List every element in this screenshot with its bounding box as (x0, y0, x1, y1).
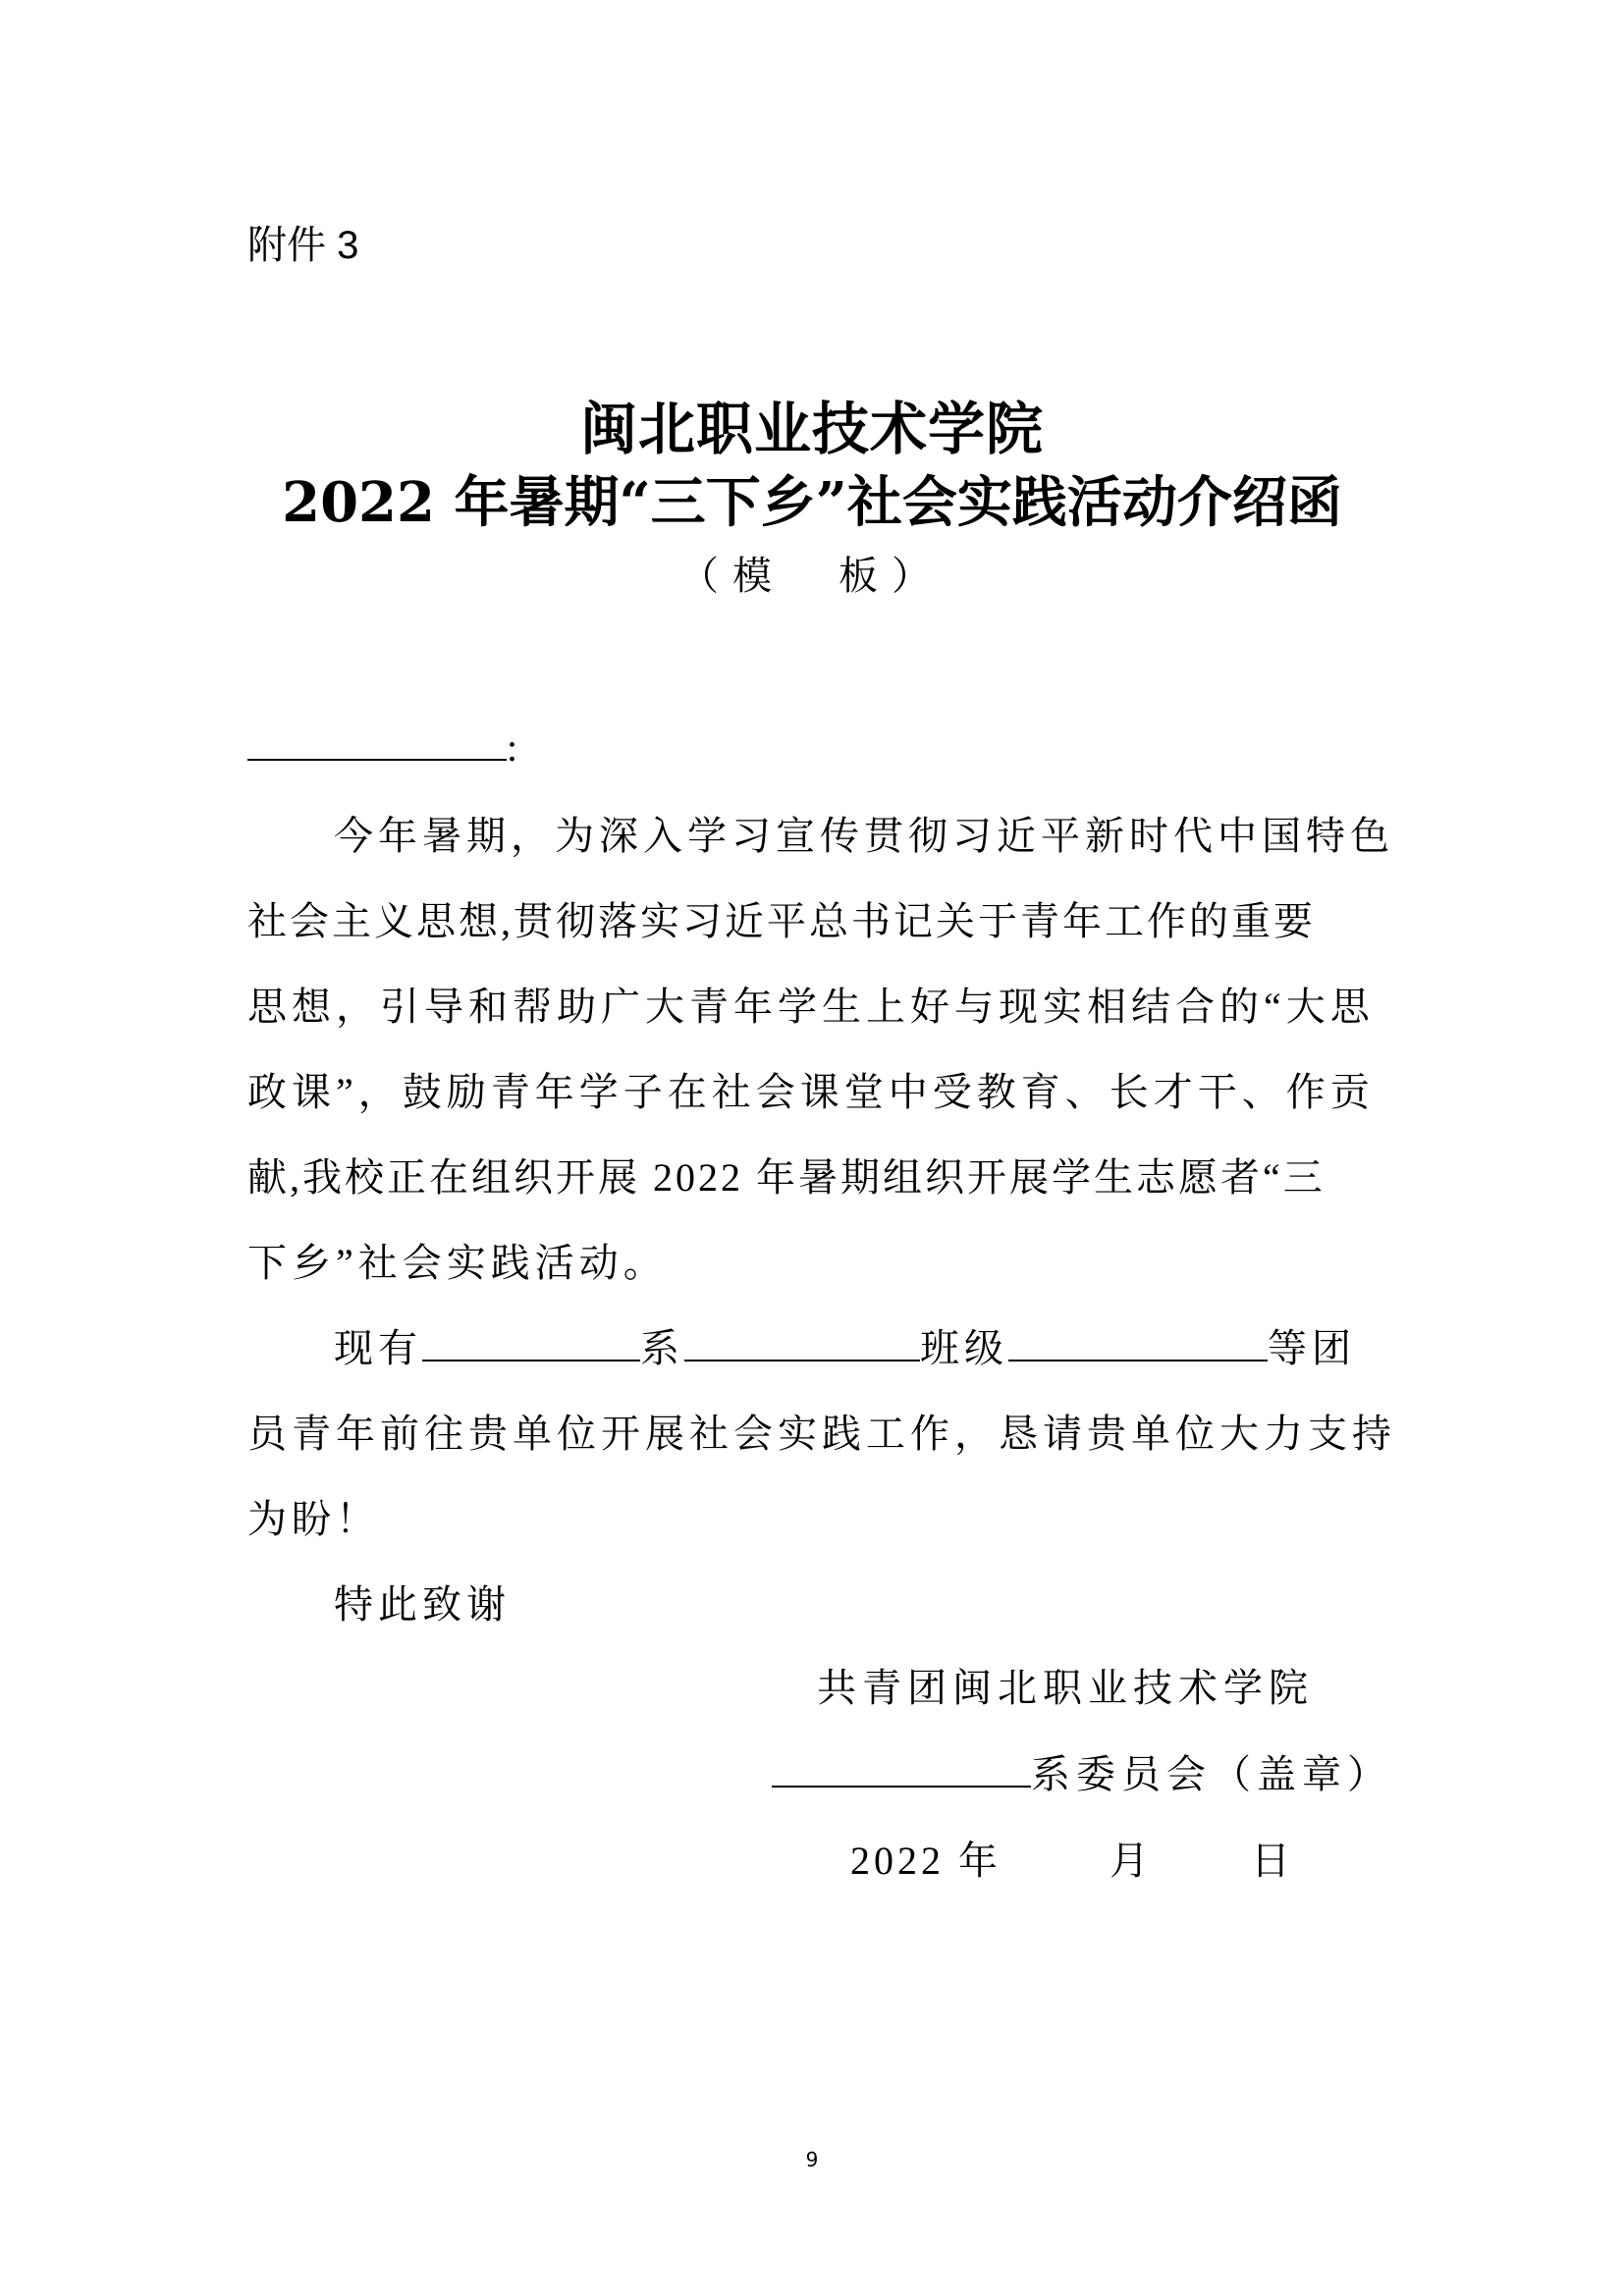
paragraph-line: 为盼！ (247, 1488, 380, 1544)
paragraph-line: 献,我校正在组织开展 2022 年暑期组织开展学生志愿者“三 (247, 1147, 1326, 1202)
document-subtitle-template: （模 板） (0, 545, 1624, 601)
date-day: 日 (1251, 1830, 1294, 1886)
paragraph-line: 下乡”社会实践活动。 (247, 1232, 668, 1288)
attachment-label: 附件 3 (247, 214, 358, 270)
department-label: 系 (640, 1326, 684, 1370)
paragraph-line: 今年暑期，为深入学习宣传贯彻习近平新时代中国特色 (334, 805, 1394, 861)
date-month: 月 (1110, 1830, 1153, 1886)
document-title-institution: 闽北职业技术学院 (0, 383, 1624, 465)
prefix-text: 现有 (334, 1326, 422, 1370)
paragraph-line-with-fields: 现有系班级等团 (334, 1317, 1356, 1373)
paragraph-line: 员青年前往贵单位开展社会实践工作，恳请贵单位大力支持 (247, 1403, 1396, 1459)
paragraph-line: 思想，引导和帮助广大青年学生上好与现实相结合的“大思 (247, 976, 1375, 1032)
signature-date: 2022 年月日 (850, 1830, 1294, 1886)
paragraph-line: 政课”，鼓励青年学子在社会课堂中受教育、长才干、作贡 (247, 1061, 1375, 1117)
salutation: : (247, 724, 517, 771)
page-number: 9 (0, 2148, 1624, 2171)
department-blank-field[interactable] (422, 1359, 640, 1362)
salutation-colon: : (507, 725, 517, 770)
class-blank-field[interactable] (684, 1359, 920, 1362)
signature-organization: 共青团闽北职业技术学院 (817, 1657, 1314, 1713)
paragraph-line: 社会主义思想,贯彻落实习近平总书记关于青年工作的重要 (247, 890, 1316, 946)
document-title-letter: 2022 年暑期“三下乡”社会实践活动介绍函 (0, 459, 1624, 538)
class-label: 班级 (920, 1326, 1008, 1370)
members-blank-field[interactable] (1008, 1359, 1268, 1362)
closing-thanks: 特此致谢 (334, 1574, 511, 1629)
signature-committee: 系委员会（盖章） (772, 1743, 1392, 1799)
recipient-blank-field[interactable] (247, 758, 507, 761)
members-suffix: 等团 (1268, 1326, 1356, 1370)
committee-seal-label: 系委员会（盖章） (1031, 1752, 1392, 1796)
date-year: 2022 年 (850, 1830, 1001, 1886)
committee-blank-field[interactable] (772, 1785, 1031, 1788)
